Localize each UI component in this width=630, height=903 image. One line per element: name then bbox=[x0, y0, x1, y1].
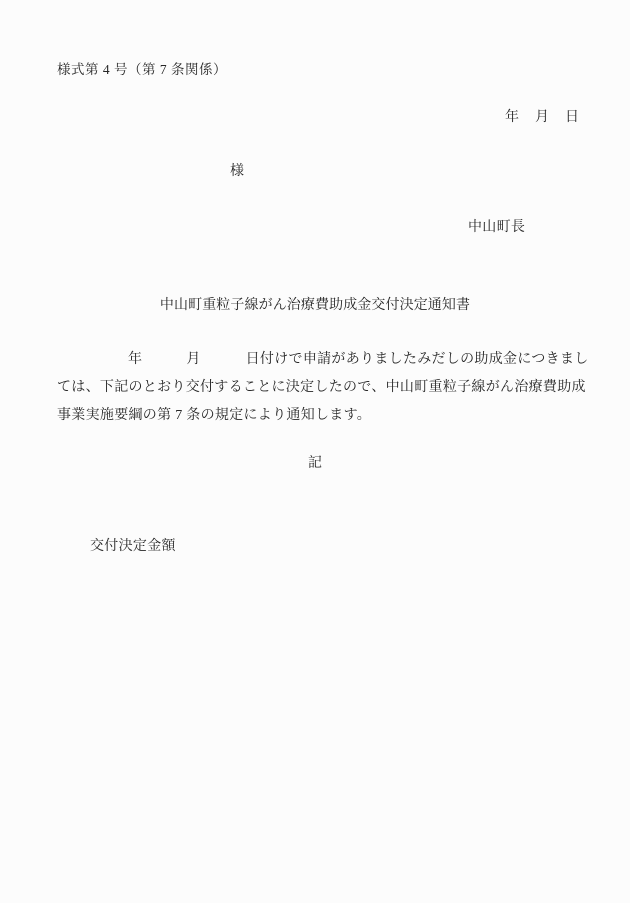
body-paragraph: 年月日付けで申請がありましたみだしの助成金につきまし ては、下記のとおり交付する… bbox=[57, 346, 591, 430]
body-line-2: ては、下記のとおり交付することに決定したので、中山町重粒子線がん治療費助成 bbox=[57, 374, 591, 402]
body-line-1-text: 日付けで申請がありましたみだしの助成金につきまし bbox=[246, 352, 589, 367]
addressee-suffix: 様 bbox=[230, 165, 244, 179]
date-line: 年 月 日 bbox=[505, 111, 580, 125]
body-line-3: 事業実施要綱の第 7 条の規定により通知します。 bbox=[57, 402, 591, 430]
document-title: 中山町重粒子線がん治療費助成金交付決定通知書 bbox=[0, 299, 630, 313]
record-marker: 記 bbox=[0, 457, 630, 471]
body-line-1: 年月日付けで申請がありましたみだしの助成金につきまし bbox=[57, 346, 591, 374]
form-number: 様式第 4 号（第 7 条関係） bbox=[57, 63, 227, 77]
body-year-label: 年 bbox=[128, 352, 142, 367]
document-page: 様式第 4 号（第 7 条関係） 年 月 日 様 中山町長 中山町重粒子線がん治… bbox=[0, 0, 630, 903]
body-month-label: 月 bbox=[186, 352, 200, 367]
sender-title: 中山町長 bbox=[468, 221, 525, 235]
grant-amount-label: 交付決定金額 bbox=[90, 540, 176, 554]
